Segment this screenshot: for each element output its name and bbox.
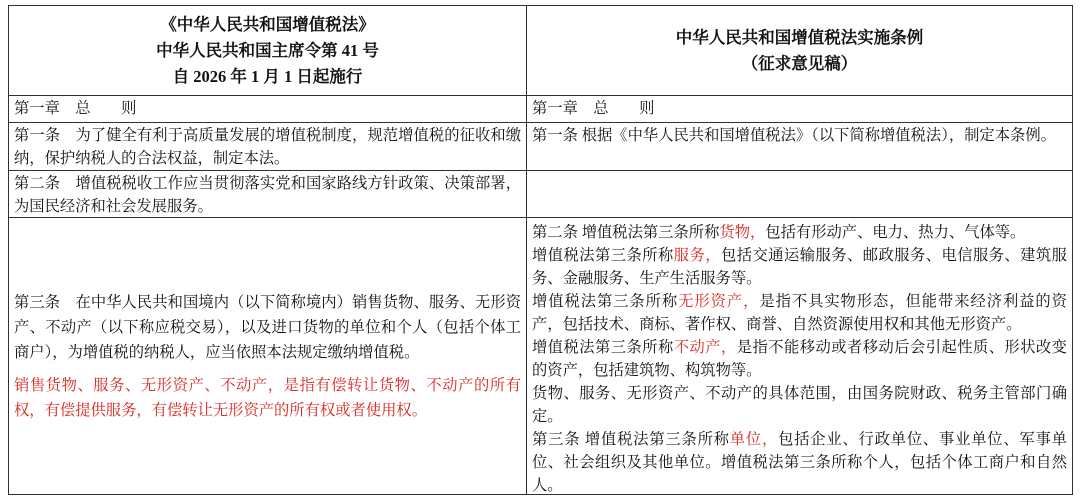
red-highlighted-text: 不动产， bbox=[674, 339, 737, 356]
right-articles-2-3: 第二条 增值税法第三条所称货物，包括有形动产、电力、热力、气体等。 增值税法第三… bbox=[526, 217, 1072, 494]
law-comparison-table: 《中华人民共和国增值税法》中华人民共和国主席令第 41 号自 2026 年 1 … bbox=[8, 5, 1073, 495]
header-line: 自 2026 年 1 月 1 日起施行 bbox=[173, 64, 363, 90]
right-def-immovable-property: 增值税法第三条所称不动产，是指不能移动或者移动后会引起性质、形状改变的资产，包括… bbox=[532, 336, 1067, 382]
text-run: 货物、服务、无形资产、不动产的具体范围，由国务院财政、税务主管部门确定。 bbox=[532, 385, 1067, 425]
red-highlighted-text: 无形资产， bbox=[678, 293, 759, 310]
left-column-header: 《中华人民共和国增值税法》中华人民共和国主席令第 41 号自 2026 年 1 … bbox=[9, 6, 526, 95]
right-def-services: 增值税法第三条所称服务，包括交通运输服务、邮政服务、电信服务、建筑服务、金融服务… bbox=[532, 244, 1067, 290]
header-line: 中华人民共和国主席令第 41 号 bbox=[156, 38, 379, 64]
red-highlighted-text: 单位， bbox=[730, 431, 778, 448]
text-run: 第三条 在中华人民共和国境内（以下简称境内）销售货物、服务、无形资产、不动产（以… bbox=[14, 294, 521, 361]
red-highlighted-text: 服务， bbox=[674, 247, 721, 264]
right-def-intangible-assets: 增值税法第三条所称无形资产，是指不具实物形态，但能带来经济利益的资产，包括技术、… bbox=[532, 290, 1067, 336]
left-article-3-red-note: 销售货物、服务、无形资产、不动产，是指有偿转让货物、不动产的所有权，有偿提供服务… bbox=[14, 373, 521, 423]
text-run: 第二条 增值税法第三条所称 bbox=[532, 224, 719, 241]
left-article-3-text: 第三条 在中华人民共和国境内（以下简称境内）销售货物、服务、无形资产、不动产（以… bbox=[14, 290, 521, 365]
header-line: 《中华人民共和国增值税法》 bbox=[160, 12, 375, 38]
right-column-header: 中华人民共和国增值税法实施条例（征求意见稿） bbox=[526, 6, 1072, 95]
header-line: （征求意见稿） bbox=[742, 51, 858, 77]
left-article-1: 第一条 为了健全有利于高质量发展的增值税制度，规范增值税的征收和缴纳，保护纳税人… bbox=[9, 122, 526, 170]
text-run: 增值税法第三条所称 bbox=[532, 339, 674, 356]
left-article-3: 第三条 在中华人民共和国境内（以下简称境内）销售货物、服务、无形资产、不动产（以… bbox=[9, 217, 526, 494]
text-run: 增值税法第三条所称 bbox=[532, 247, 674, 264]
right-article-2-empty bbox=[526, 170, 1072, 217]
header-line: 中华人民共和国增值税法实施条例 bbox=[676, 25, 924, 51]
left-article-2: 第二条 增值税税收工作应当贯彻落实党和国家路线方针政策、决策部署，为国民经济和社… bbox=[9, 170, 526, 217]
right-article-1: 第一条 根据《中华人民共和国增值税法》（以下简称增值税法），制定本条例。 bbox=[526, 122, 1072, 170]
text-run: 包括有形动产、电力、热力、气体等。 bbox=[765, 224, 1025, 241]
right-def-units: 第三条 增值税法第三条所称单位，包括企业、行政单位、事业单位、军事单位、社会组织… bbox=[532, 428, 1067, 494]
text-run: 第三条 增值税法第三条所称 bbox=[532, 431, 730, 448]
right-def-scope: 货物、服务、无形资产、不动产的具体范围，由国务院财政、税务主管部门确定。 bbox=[532, 382, 1067, 428]
document-page: 《中华人民共和国增值税法》中华人民共和国主席令第 41 号自 2026 年 1 … bbox=[0, 0, 1080, 503]
red-highlighted-text: 销售货物、服务、无形资产、不动产，是指有偿转让货物、不动产的所有权，有偿提供服务… bbox=[14, 377, 521, 419]
left-chapter-heading: 第一章 总 则 bbox=[9, 95, 526, 122]
right-def-goods: 第二条 增值税法第三条所称货物，包括有形动产、电力、热力、气体等。 bbox=[532, 221, 1067, 244]
right-chapter-heading: 第一章 总 则 bbox=[526, 95, 1072, 122]
text-run: 增值税法第三条所称 bbox=[532, 293, 678, 310]
red-highlighted-text: 货物， bbox=[719, 224, 765, 241]
